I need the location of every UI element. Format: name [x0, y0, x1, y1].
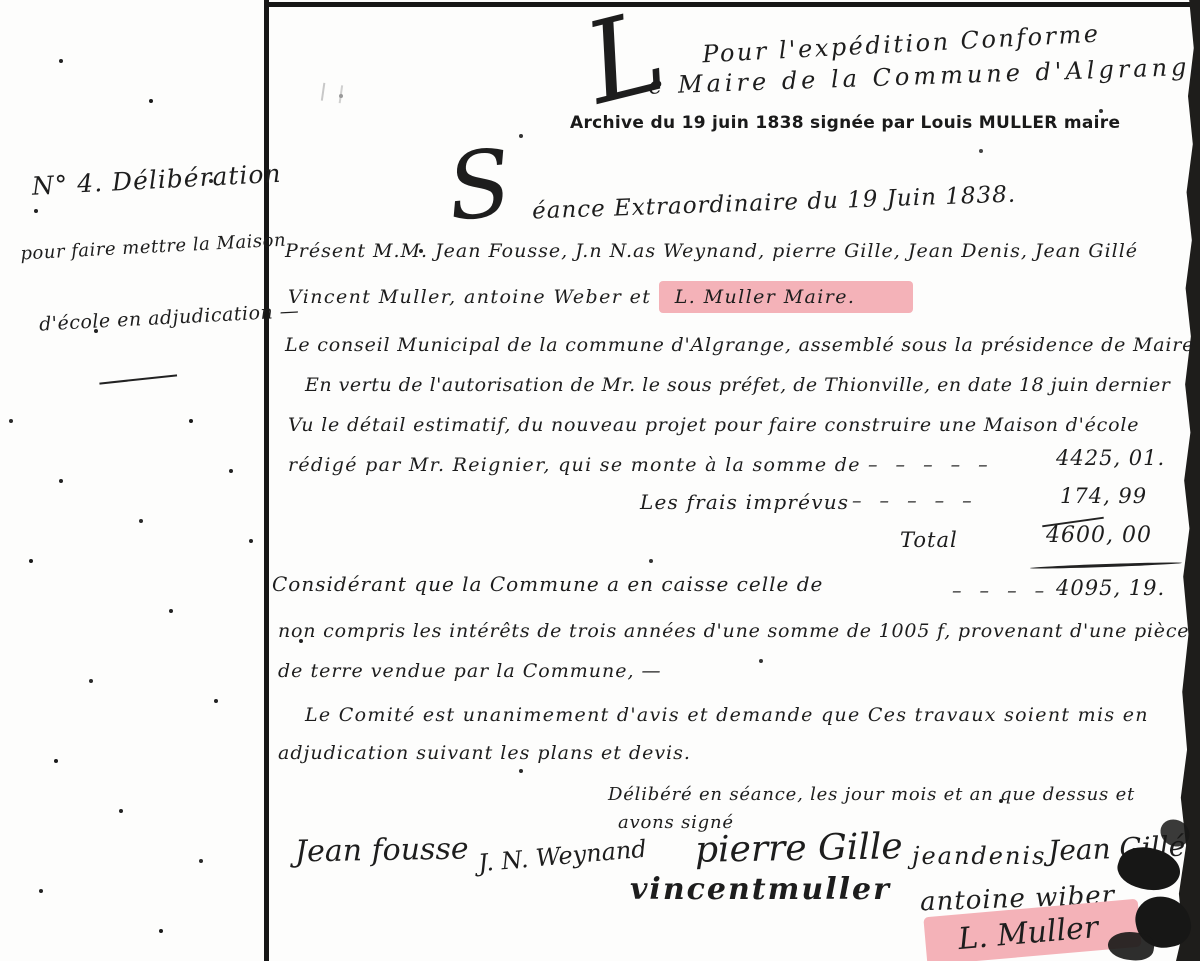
certification-initial: L: [576, 0, 675, 121]
page-border-left: [264, 0, 269, 961]
body-line-6: rédigé par Mr. Reignier, qui se monte à …: [288, 454, 861, 476]
amount-caisse: 4095, 19.: [1056, 576, 1165, 600]
body-line-5: Vu le détail estimatif, du nouveau proje…: [288, 414, 1139, 436]
typed-annotation: Archive du 19 juin 1838 signée par Louis…: [570, 113, 1120, 133]
total-underline: [1030, 561, 1182, 569]
dot-leader-9: – – – –: [952, 580, 1050, 602]
dot-leader-7: – – – – –: [852, 490, 978, 512]
signature-pierre-gille: pierre Gille: [695, 826, 903, 871]
amount-devis: 4425, 01.: [1056, 446, 1165, 470]
margin-note-line3: d'école en adjudication —: [39, 301, 290, 336]
body-line-9: Considérant que la Commune a en caisse c…: [272, 572, 823, 596]
amount-total: 4600, 00: [1046, 523, 1152, 548]
signature-jean-fousse: Jean fousse: [295, 831, 469, 869]
margin-note-line1: N° 4. Délibération: [31, 159, 282, 201]
body-line-14: Délibéré en séance, les jour mois et an …: [608, 784, 1135, 805]
body-line-10: non compris les intérêts de trois années…: [278, 620, 1189, 642]
body-line-11: de terre vendue par la Commune, —: [278, 660, 662, 682]
signature-vincent-muller: vincentmuller: [630, 872, 891, 907]
scan-edge-right: [1176, 0, 1200, 961]
highlighted-muller-maire: L. Muller Maire.: [659, 281, 914, 313]
dot-leader-6: – – – – –: [868, 454, 994, 476]
signature-jeandenis: jeandenis: [912, 842, 1046, 870]
body-line-4: En vertu de l'autorisation de Mr. le sou…: [305, 374, 1170, 396]
margin-note-underline: [99, 374, 177, 384]
body-line-2: Vincent Muller, antoine Weber et L. Mull…: [288, 286, 913, 308]
margin-note: N° 4. Délibération pour faire mettre la …: [16, 160, 270, 247]
body-line-1: Présent M.M. Jean Fousse, J.n N.as Weyna…: [285, 240, 1138, 262]
scan-noise: [0, 0, 2, 2]
pencil-smudge: [321, 83, 343, 104]
scanned-document-page: L Pour l'expédition Conforme e Maire de …: [0, 0, 1200, 961]
body-line-13: adjudication suivant les plans et devis.: [278, 742, 691, 764]
title-initial: S: [443, 137, 515, 235]
signature-weynand: J. N. Weynand: [477, 835, 648, 878]
body-line-8-total-label: Total: [900, 528, 958, 552]
body-line-3: Le conseil Municipal de la commune d'Alg…: [285, 334, 1194, 356]
margin-note-line2: pour faire mettre la Maison: [20, 230, 271, 264]
amount-frais: 174, 99: [1060, 484, 1147, 508]
body-line-12: Le Comité est unanimement d'avis et dema…: [305, 704, 1149, 726]
seance-title: éance Extraordinaire du 19 Juin 1838.: [532, 182, 1017, 225]
body-line-7: Les frais imprévus: [640, 490, 849, 514]
page-border-top: [266, 2, 1200, 7]
body-line-2-text: Vincent Muller, antoine Weber et: [288, 286, 659, 308]
